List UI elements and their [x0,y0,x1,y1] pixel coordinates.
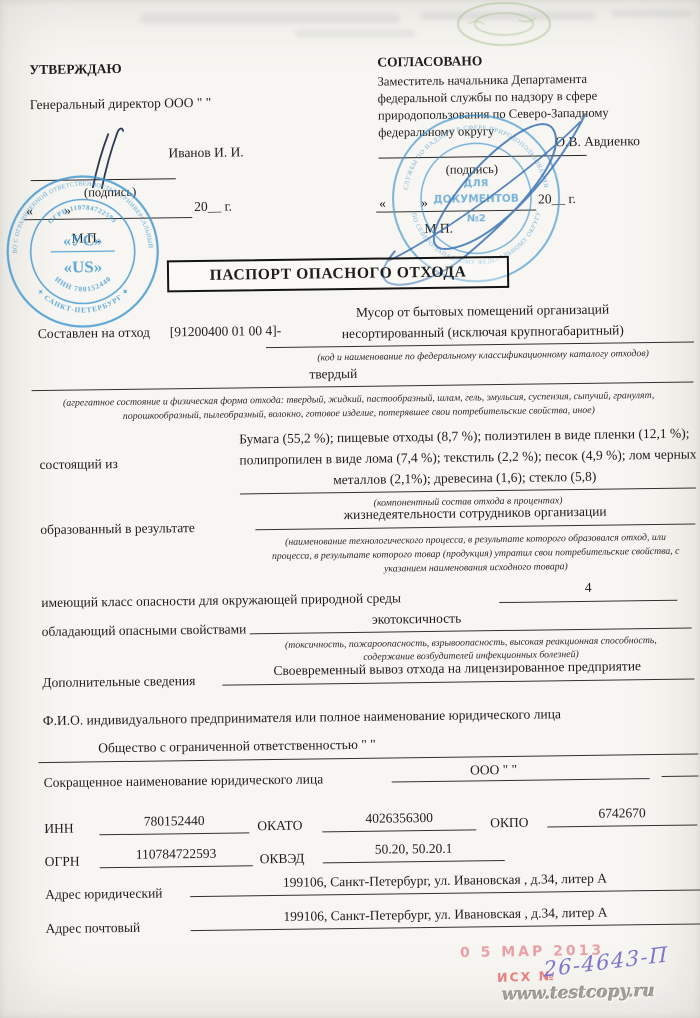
postal-address-label: Адрес почтовый [45,919,140,937]
field-underline [547,824,697,827]
hazard-class-label: имеющий класс опасности для окружающей п… [41,589,401,611]
waste-name-line1: Мусор от бытовых помещений организаций [277,301,687,322]
waste-form-value: твердый [268,365,398,383]
hazard-class-value: 4 [499,579,677,597]
field-underline [323,860,505,863]
svg-text:ИНН 780152440: ИНН 780152440 [53,275,113,294]
ogrn-value: 110784722593 [100,845,253,863]
approve-date-year: 20__ г. [194,198,232,215]
field-underline [255,523,695,530]
composition-line3: металлов (2,1%); древесина (1,6); стекло… [240,468,690,490]
hazard-props-label: обладающий опасными свойствами [42,620,247,640]
watermark-text: www.testcopy.ru [502,981,655,1005]
document-title: ПАСПОРТ ОПАСНОГО ОТХОДА [167,256,509,292]
seal-ogrn-text: ОГРН 110784722593 [47,204,118,226]
entity-fio-label: Ф.И.О. индивидуального предпринимателя и… [43,705,561,729]
okato-value: 4026356300 [322,809,476,827]
company-seal-stamp: ОБЩЕСТВО С ОГРАНИЧЕННОЙ ОТВЕТСТВЕННОСТЬЮ… [2,170,164,332]
field-underline [100,865,253,868]
legal-address-value: 199106, Санкт-Петербург, ул. Ивановская … [190,869,700,892]
waste-name-caption: (код и наименование по федеральному клас… [278,347,688,365]
approve-subheading: Генеральный директор ООО " " [30,94,212,113]
field-underline [499,600,677,603]
composition-line2: полипропилен в виде лома (7,4 %); тексти… [239,447,689,469]
legal-address-label: Адрес юридический [45,884,163,903]
approve-signer-name: Иванов И. И. [168,143,244,161]
okato-label: ОКАТО [257,817,302,835]
seal-center-us-ru: «УС» [63,232,103,250]
okpo-value: 6742670 [547,804,697,822]
hazard-props-value: экотоксичность [251,609,581,629]
field-underline [99,832,249,835]
entity-short-label: Сокращенное наименование юридического ли… [44,770,324,791]
okved-value: 50.20, 50.20.1 [322,840,504,858]
waste-label: Составлен на отход [38,324,150,342]
okpo-label: ОКПО [490,814,528,831]
inn-label: ИНН [44,820,73,837]
postal-address-value: 199106, Санкт-Петербург, ул. Ивановская … [190,903,700,926]
seal-center-us-en: «US» [63,257,102,277]
composition-line1: Бумага (55,2 %); пищевые отходы (8,7 %);… [239,426,689,448]
inn-value: 780152440 [99,812,249,830]
origin-label: образованный в результате [40,519,195,538]
field-underline [322,829,476,832]
entity-full-name: Общество с ограниченной ответственностью… [98,736,376,757]
approve-heading: УТВЕРЖДАЮ [29,60,121,78]
seal-inn-text: ИНН 780152440 [53,275,113,294]
field-underline [662,775,699,776]
entity-short-name: ООО " " [393,761,593,780]
composition-label: состоящий из [39,455,117,473]
field-underline [250,628,692,635]
svg-text:ОГРН 110784722593: ОГРН 110784722593 [47,204,118,226]
document-sheet: УТВЕРЖДАЮ Генеральный директор ООО " " И… [0,0,700,1018]
waste-name-line2: несортированный (исключая крупногабаритн… [278,322,688,343]
field-underline [222,679,694,686]
okved-label: ОКВЭД [260,850,305,868]
ogrn-label: ОГРН [45,853,80,870]
document-page: УТВЕРЖДАЮ Генеральный директор ООО " " И… [0,0,700,1018]
additional-label: Дополнительные сведения [42,672,195,691]
agree-heading: СОГЛАСОВАНО [377,52,482,70]
waste-code: [91200400 01 00 4]- [170,322,282,340]
